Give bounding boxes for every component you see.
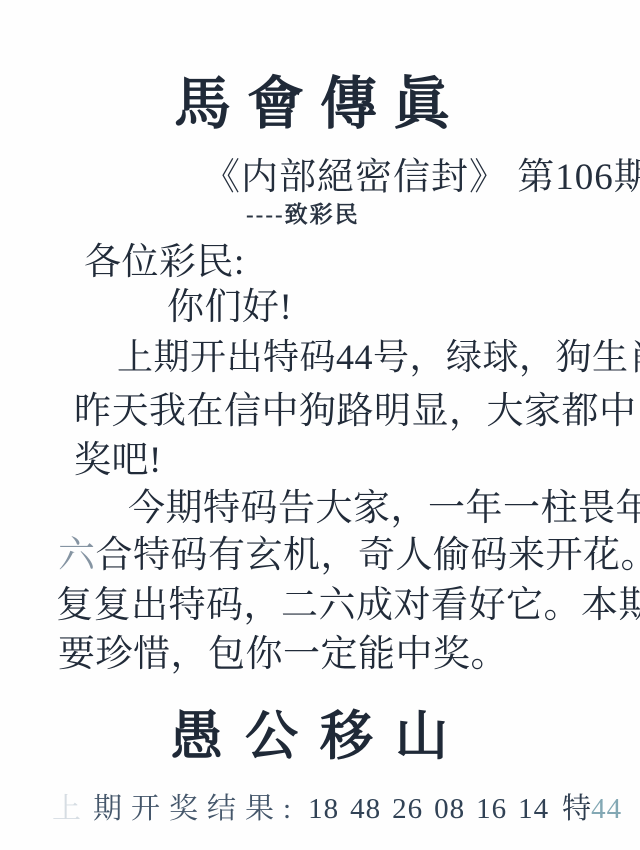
result-number: 18 bbox=[308, 793, 339, 826]
faded-first-character: 六 bbox=[58, 535, 96, 576]
paragraph2-line4: 要珍惜，包你一定能中奖。 bbox=[58, 623, 508, 677]
result-number: 16 bbox=[476, 793, 507, 826]
result-number: 14 bbox=[518, 793, 549, 826]
issue-subtitle: 《内部絕密信封》 第106期 bbox=[203, 146, 640, 200]
previous-draw-results-line: 上 期开奖结果: 18 48 26 08 16 14 特 44 bbox=[52, 786, 622, 827]
result-number: 48 bbox=[350, 793, 381, 826]
paragraph1-line3: 奖吧! bbox=[74, 429, 162, 483]
faded-prefix-character: 上 bbox=[52, 786, 81, 827]
paragraph2-line2: 六合特码有玄机，奇人偷码来开花。反反 bbox=[58, 524, 640, 578]
page-title: 馬會傳眞 bbox=[0, 58, 640, 140]
signature-title: 愚公移山 bbox=[0, 694, 640, 770]
paragraph2-line1: 今期特码告大家，一年一柱畏年华。 bbox=[128, 477, 640, 531]
result-number: 08 bbox=[434, 793, 465, 826]
paragraph1-line1: 上期开出特码44号，绿球，狗生肖。 bbox=[117, 329, 640, 380]
result-number: 26 bbox=[392, 793, 423, 826]
special-number-label: 特 bbox=[562, 786, 591, 827]
greeting-line: 你们好! bbox=[167, 276, 292, 330]
special-number-value: 44 bbox=[591, 793, 622, 826]
results-label: 期开奖结果: bbox=[93, 786, 300, 827]
paragraph2-line3: 复复出特码，二六成对看好它。本期彩民 bbox=[56, 574, 640, 628]
paragraph2-line2-rest: 合特码有玄机，奇人偷码来开花。反反 bbox=[96, 535, 640, 576]
fax-letter-page: 馬會傳眞 《内部絕密信封》 第106期 ----致彩民 各位彩民: 你们好! 上… bbox=[0, 0, 640, 850]
paragraph1-line2: 昨天我在信中狗路明显，大家都中了大 bbox=[74, 380, 640, 434]
dedication-line: ----致彩民 bbox=[246, 196, 360, 229]
